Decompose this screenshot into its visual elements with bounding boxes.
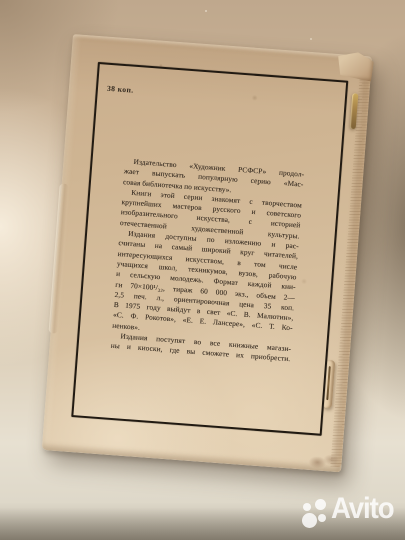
avito-dot-small-top-left (303, 503, 311, 511)
corner-stain (308, 451, 339, 471)
book-back-cover: 38 коп. Издательство «Художник РСФСР» пр… (42, 34, 372, 472)
avito-dot-medium-top-right (315, 499, 326, 510)
listing-photo: 38 коп. Издательство «Художник РСФСР» пр… (0, 0, 405, 540)
avito-watermark: Avito (296, 497, 400, 535)
publisher-annotation: Издательство «Художник РСФСР» продол- жа… (110, 156, 304, 365)
dust-specks (205, 10, 207, 12)
avito-wordmark: Avito (331, 490, 393, 528)
price-label: 38 коп. (107, 84, 134, 95)
avito-dot-large-bottom-left (302, 513, 317, 528)
avito-dot-small-bottom-right (318, 514, 326, 522)
torn-corner (336, 51, 374, 82)
